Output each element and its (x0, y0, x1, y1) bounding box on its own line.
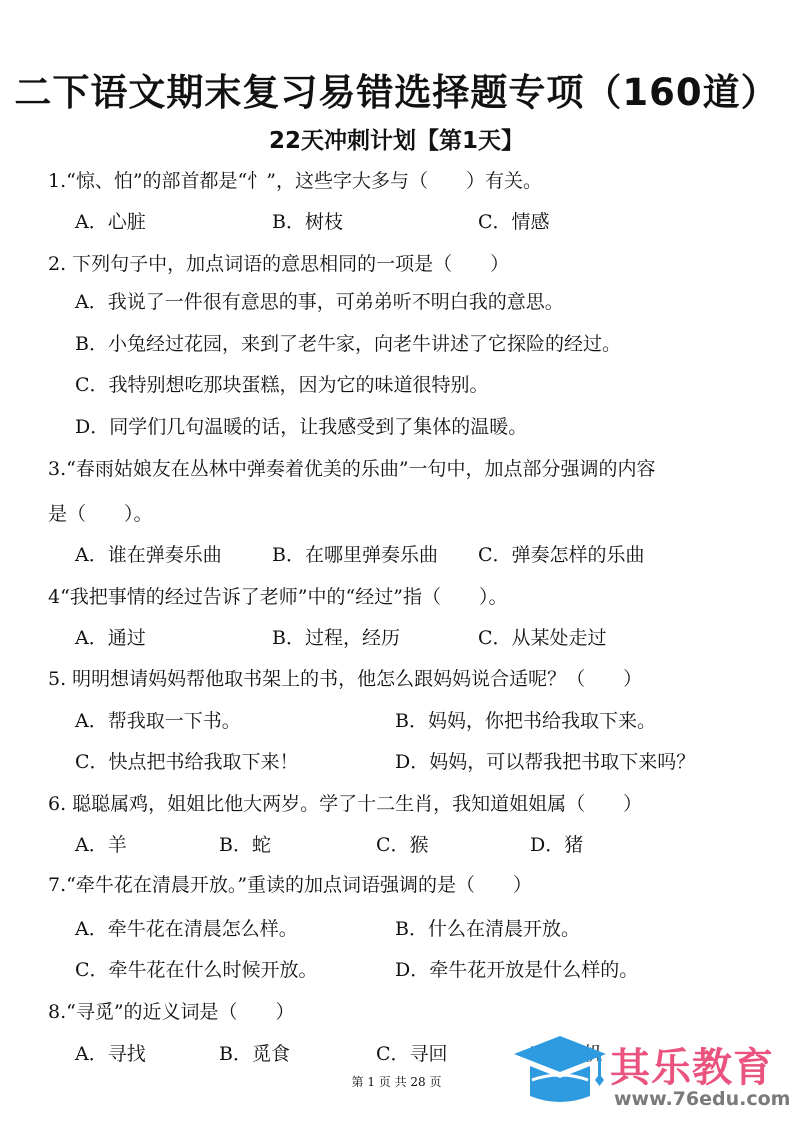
question-1-option-b: B．树枝 (272, 209, 343, 235)
question-7-option-c: C．牵牛花在什么时候开放。 (75, 957, 318, 983)
question-5-option-c: C．快点把书给我取下来！ (75, 749, 299, 775)
question-3-option-b: B．在哪里弹奏乐曲 (272, 542, 438, 568)
question-5-option-a: A．帮我取一下书。 (75, 708, 241, 734)
question-8-option-b: B．觅食 (219, 1041, 290, 1067)
watermark-logo: 其乐教育 www.76edu.com (510, 1036, 793, 1116)
question-4-option-a: A．通过 (75, 625, 146, 651)
question-6-option-c: C．猴 (376, 832, 429, 858)
question-8-stem: 8.“寻觅”的近义词是（ ） (48, 999, 295, 1025)
question-2-option-c: C．我特别想吃那块蛋糕，因为它的味道很特别。 (75, 372, 489, 398)
question-3-stem-line-2: 是（ ）。 (48, 501, 153, 527)
question-4-option-b: B．过程，经历 (272, 625, 400, 651)
watermark-url: www.76edu.com (614, 1088, 790, 1110)
question-7-option-b: B．什么在清晨开放。 (395, 916, 580, 942)
question-2-option-b: B．小兔经过花园，来到了老牛家，向老牛讲述了它探险的经过。 (75, 331, 621, 357)
page-subtitle: 22天冲刺计划【第1天】 (0, 122, 793, 155)
question-7-option-d: D．牵牛花开放是什么样的。 (395, 957, 638, 983)
question-1-option-c: C．情感 (478, 209, 550, 235)
question-1-stem: 1.“惊、怕”的部首都是“忄”，这些字大多与（ ）有关。 (48, 168, 542, 194)
question-6-option-a: A．羊 (75, 832, 127, 858)
question-6-option-b: B．蛇 (219, 832, 271, 858)
watermark-name: 其乐教育 (610, 1036, 774, 1093)
graduation-cap-icon (510, 1036, 610, 1116)
question-8-option-a: A．寻找 (75, 1041, 146, 1067)
question-5-stem: 5. 明明想请妈妈帮他取书架上的书，他怎么跟妈妈说合适呢？（ ） (48, 666, 642, 692)
question-7-stem: 7.“牵牛花在清晨开放。”重读的加点词语强调的是（ ） (48, 872, 532, 898)
question-2-stem: 2. 下列句子中，加点词语的意思相同的一项是（ ） (48, 251, 509, 277)
question-7-option-a: A．牵牛花在清晨怎么样。 (75, 916, 298, 942)
question-2-option-d: D．同学们几句温暖的话，让我感受到了集体的温暖。 (75, 414, 527, 440)
question-1-option-a: A．心脏 (75, 209, 146, 235)
question-3-option-c: C．弹奏怎样的乐曲 (478, 542, 645, 568)
question-5-option-d: D．妈妈，可以帮我把书取下来吗？ (395, 749, 695, 775)
question-3-stem-line-1: 3.“春雨姑娘友在丛林中弹奏着优美的乐曲”一句中，加点部分强调的内容 (48, 456, 656, 482)
question-5-option-b: B．妈妈，你把书给我取下来。 (395, 708, 656, 734)
question-2-option-a: A．我说了一件很有意思的事，可弟弟听不明白我的意思。 (75, 289, 564, 315)
question-3-option-a: A．谁在弹奏乐曲 (75, 542, 222, 568)
question-8-option-c: C．寻回 (376, 1041, 448, 1067)
question-4-stem: 4“我把事情的经过告诉了老师”中的“经过”指（ ）。 (48, 584, 507, 610)
question-6-stem: 6. 聪聪属鸡，姐姐比他大两岁。学了十二生肖，我知道姐姐属（ ） (48, 791, 642, 817)
page-title: 二下语文期末复习易错选择题专项（160道） (0, 62, 793, 116)
question-6-option-d: D．猪 (530, 832, 583, 858)
question-4-option-c: C．从某处走过 (478, 625, 607, 651)
